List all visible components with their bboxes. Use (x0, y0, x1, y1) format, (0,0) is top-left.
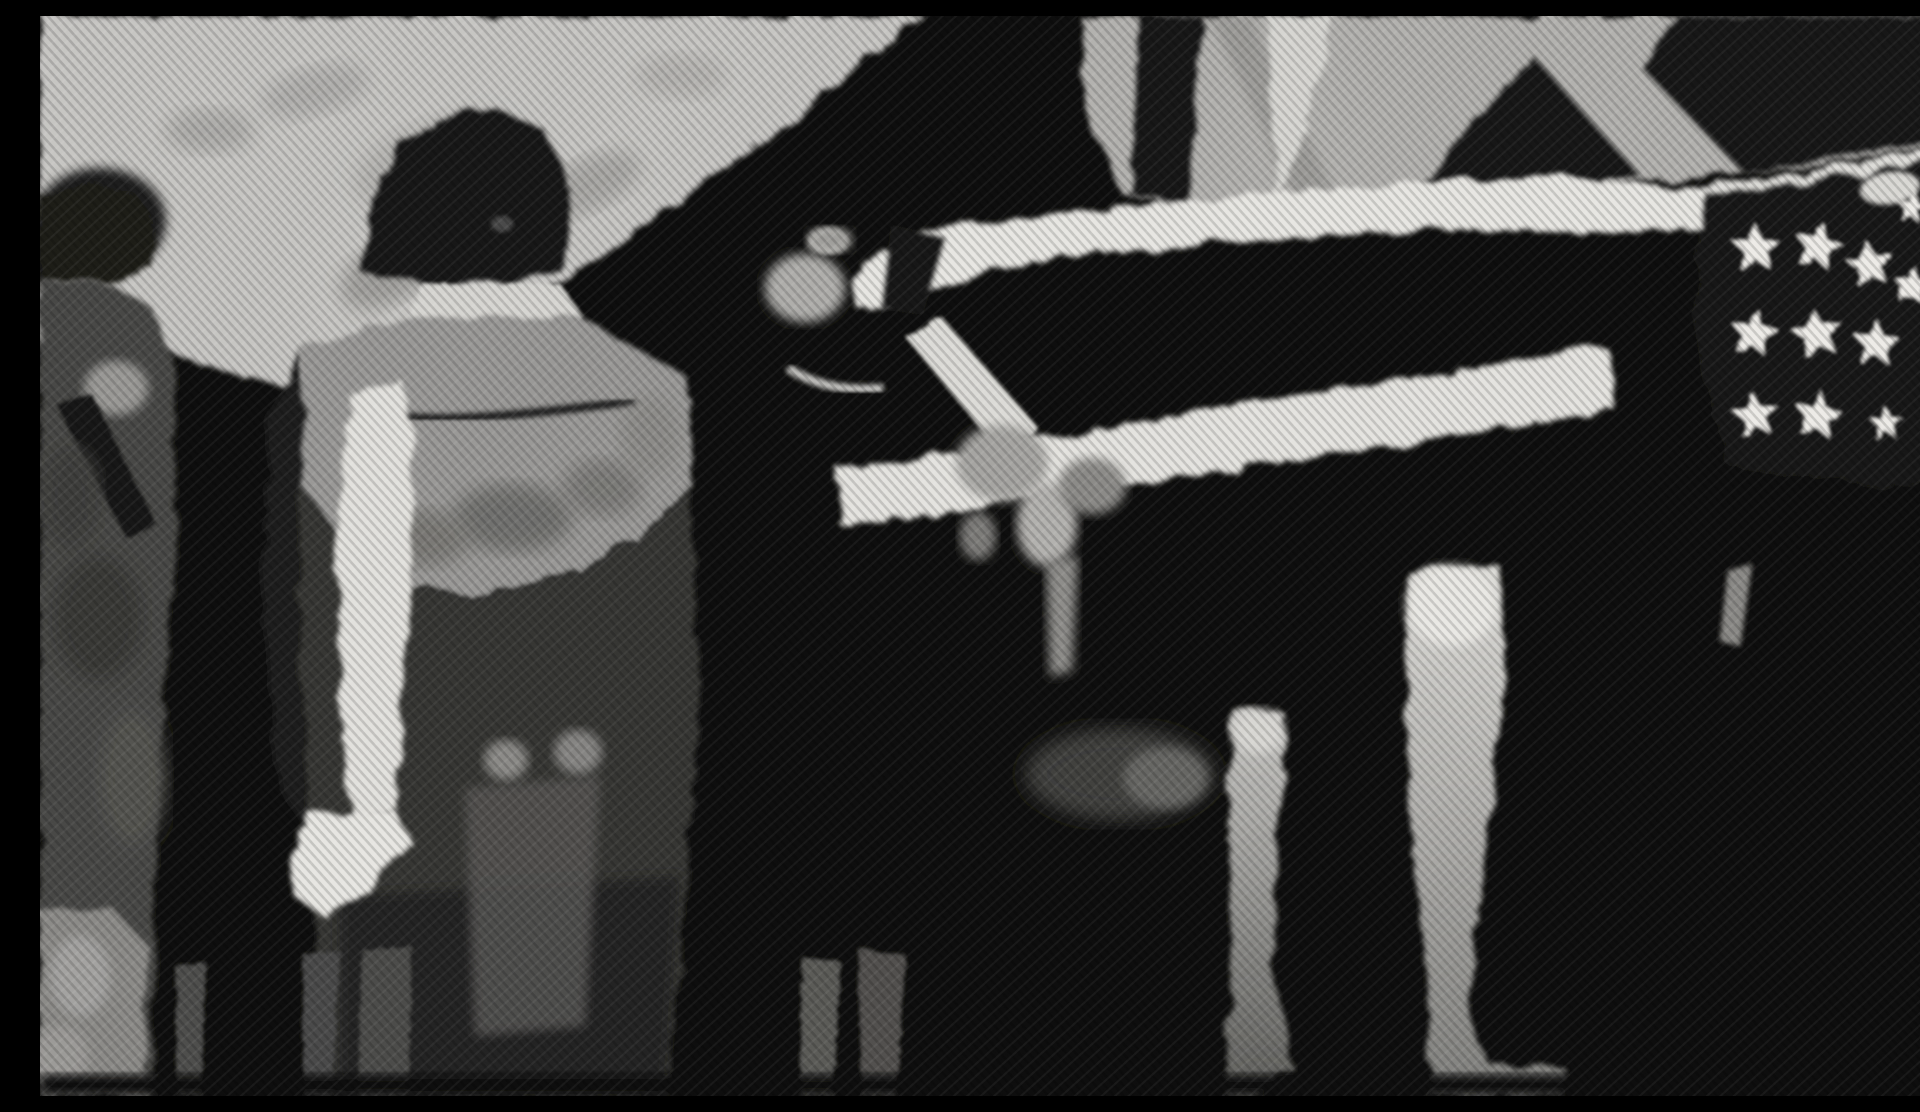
photograph (40, 16, 1920, 1096)
film-grain (40, 16, 1920, 1096)
photo-canvas (40, 16, 1920, 1096)
